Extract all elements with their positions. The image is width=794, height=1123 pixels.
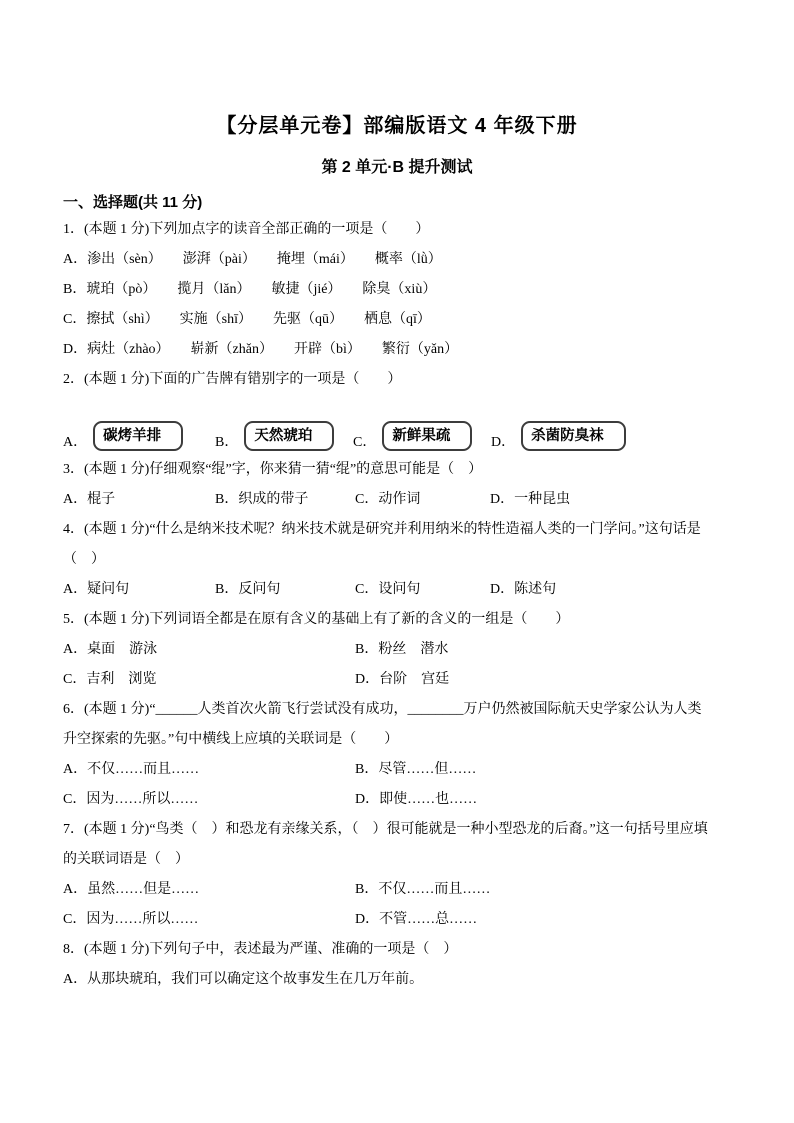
q5-stem: 5．(本题 1 分)下列词语全都是在原有含义的基础上有了新的含义的一组是（ ） — [63, 605, 731, 635]
q6-options-row-2: C．因为……所以…… D．即使……也…… — [63, 785, 731, 815]
q3-option-c: C．动作词 — [355, 485, 490, 515]
q3-option-d: D．一种昆虫 — [490, 485, 731, 515]
q2-option-c: C． 新鲜果疏 — [353, 421, 491, 452]
q2-stem: 2．(本题 1 分)下面的广告牌有错别字的一项是（ ） — [63, 365, 731, 395]
q6-stem-line-1: 6．(本题 1 分)“______人类首次火箭飞行尝试没有成功，________… — [63, 695, 731, 725]
q1-option-c: C．擦拭（shì） 实施（shī） 先驱（qū） 栖息（qī） — [63, 305, 731, 335]
q6-option-c: C．因为……所以…… — [63, 785, 355, 815]
q5-options-row-1: A．桌面 游泳 B．粉丝 潜水 — [63, 635, 731, 665]
q6-stem-line-2: 升空探索的先驱。”句中横线上应填的关联词是（ ） — [63, 725, 731, 755]
q1-option-d: D．病灶（zhào） 崭新（zhǎn） 开辟（bì） 繁衍（yǎn） — [63, 335, 731, 365]
q5-option-b: B．粉丝 潜水 — [355, 635, 731, 665]
q4-option-b: B．反问句 — [215, 575, 355, 605]
q2-option-a-label: A． — [63, 434, 87, 452]
q7-options-row-1: A．虽然……但是…… B．不仅……而且…… — [63, 875, 731, 905]
page-subtitle: 第 2 单元·B 提升测试 — [63, 157, 731, 179]
q4-option-a: A．疑问句 — [63, 575, 215, 605]
q1-option-a: A．渗出（sèn） 澎湃（pài） 掩埋（mái） 概率（lǜ） — [63, 245, 731, 275]
q3-option-b: B．织成的带子 — [215, 485, 355, 515]
q3-stem: 3．(本题 1 分)仔细观察“绲”字，你来猜一猜“绲”的意思可能是（ ） — [63, 455, 731, 485]
q4-option-c: C．设问句 — [355, 575, 490, 605]
page-title: 【分层单元卷】部编版语文 4 年级下册 — [63, 112, 731, 140]
q2-option-b: B． 天然琥珀 — [215, 421, 353, 452]
q4-stem-line-2: （ ） — [63, 545, 731, 575]
q6-option-b: B．尽管……但…… — [355, 755, 731, 785]
q1-stem: 1．(本题 1 分)下列加点字的读音全部正确的一项是（ ） — [63, 215, 731, 245]
q8-stem: 8．(本题 1 分)下列句子中，表述最为严谨、准确的一项是（ ） — [63, 935, 731, 965]
q4-stem-line-1: 4．(本题 1 分)“什么是纳米技术呢？纳米技术就是研究并利用纳米的特性造福人类… — [63, 515, 731, 545]
q2-option-d: D． 杀菌防臭袜 — [491, 421, 731, 452]
section-heading: 一、选择题(共 11 分) — [63, 191, 731, 215]
q2-signboard-c: 新鲜果疏 — [382, 421, 472, 451]
q5-option-a: A．桌面 游泳 — [63, 635, 355, 665]
q7-stem-line-2: 的关联词语是（ ） — [63, 845, 731, 875]
q5-option-d: D．台阶 宫廷 — [355, 665, 731, 695]
q6-options-row-1: A．不仅……而且…… B．尽管……但…… — [63, 755, 731, 785]
q5-options-row-2: C．吉利 浏览 D．台阶 宫廷 — [63, 665, 731, 695]
q7-options-row-2: C．因为……所以…… D．不管……总…… — [63, 905, 731, 935]
q2-option-c-label: C． — [353, 434, 376, 452]
q5-option-c: C．吉利 浏览 — [63, 665, 355, 695]
q2-signboard-d: 杀菌防臭袜 — [521, 421, 626, 451]
q2-signboard-b: 天然琥珀 — [244, 421, 334, 451]
q6-option-d: D．即使……也…… — [355, 785, 731, 815]
q2-options-row: A． 碳烤羊排 B． 天然琥珀 C． 新鲜果疏 D． 杀菌防臭袜 — [63, 395, 731, 455]
q8-option-a: A．从那块琥珀，我们可以确定这个故事发生在几万年前。 — [63, 965, 731, 995]
q3-options-row: A．棍子 B．织成的带子 C．动作词 D．一种昆虫 — [63, 485, 731, 515]
q3-option-a: A．棍子 — [63, 485, 215, 515]
q2-option-a: A． 碳烤羊排 — [63, 421, 215, 452]
q2-signboard-a: 碳烤羊排 — [93, 421, 183, 451]
q6-option-a: A．不仅……而且…… — [63, 755, 355, 785]
q2-option-b-label: B． — [215, 434, 238, 452]
q7-option-b: B．不仅……而且…… — [355, 875, 731, 905]
q7-option-a: A．虽然……但是…… — [63, 875, 355, 905]
q4-option-d: D．陈述句 — [490, 575, 731, 605]
q7-option-d: D．不管……总…… — [355, 905, 731, 935]
q7-stem-line-1: 7．(本题 1 分)“鸟类（ ）和恐龙有亲缘关系，（ ）很可能就是一种小型恐龙的… — [63, 815, 731, 845]
q1-option-b: B．琥珀（pò） 揽月（lǎn） 敏捷（jié） 除臭（xiù） — [63, 275, 731, 305]
exam-page: 【分层单元卷】部编版语文 4 年级下册 第 2 单元·B 提升测试 一、选择题(… — [0, 0, 794, 1123]
q7-option-c: C．因为……所以…… — [63, 905, 355, 935]
q2-option-d-label: D． — [491, 434, 515, 452]
q4-options-row: A．疑问句 B．反问句 C．设问句 D．陈述句 — [63, 575, 731, 605]
